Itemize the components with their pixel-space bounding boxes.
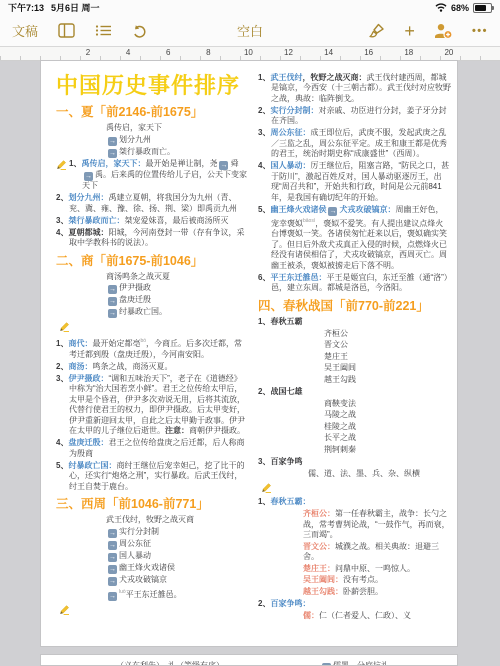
text-run: 幽王烽火戏诸侯	[270, 205, 326, 214]
item-number: 3、	[258, 457, 270, 466]
text-run: 儒墨，分庭抗礼	[333, 661, 389, 665]
text-run: 幽王烽火戏诸侯	[119, 563, 175, 572]
flow-line: →周公东征	[106, 539, 249, 550]
arrow-icon: →	[108, 297, 117, 306]
text-run: 越王勾践：	[303, 587, 343, 596]
text-run: 问鼎中原、一鸣惊人。	[335, 564, 415, 573]
sub-item: 齐桓公：第一任春秋霸主，战争：长勺之战，常考曹刿论战，“一鼓作气，再而衰，三而竭…	[303, 509, 451, 541]
text-run: 长平之战	[324, 433, 356, 442]
text-run: 一、夏「前2146-前1675」	[56, 105, 203, 119]
pencil-icon	[58, 321, 70, 332]
pencil-icon	[260, 482, 272, 493]
flow-line: 越王勾践	[324, 375, 451, 386]
text-run: 吴王阖闾：	[303, 575, 343, 584]
text-run: 晋文公	[324, 340, 348, 349]
status-bar: 下午7:13 5月6日 周一 68%	[0, 0, 500, 15]
note-item: 1、武王伐纣，牧野之战灭商：武王伐纣建西周，都城是镐京，今西安（十三朝古都）。武…	[258, 73, 451, 105]
sub-item: 越王勾践：卧薪尝胆。	[303, 587, 451, 598]
pinyin-annotation: bāosì	[303, 218, 315, 224]
note-item: 2、实行分封制：对亲戚、功臣进行分封，姜子牙分封在齐国。	[258, 106, 451, 127]
text-run: 桀行暴政而亡。	[119, 147, 175, 156]
item-number: 3、	[56, 374, 68, 383]
flow-line: →桀行暴政而亡。	[106, 147, 249, 158]
ruler-mark: 16	[364, 48, 373, 57]
text-run: 纣暴政亡国：	[68, 461, 116, 470]
sub-item: （义在利先）、礼（等级有序）	[116, 661, 249, 665]
note-item: 2、战国七雄	[258, 387, 451, 398]
text-run: 盘庚迁殷：	[68, 438, 108, 447]
section-header: 四、春秋战国「前770-前221」	[258, 299, 451, 314]
text-run: （义在利先）、礼（等级有序）	[116, 661, 224, 665]
text-run: 三、西周「前1046-前771」	[56, 497, 209, 511]
item-number: 3、	[56, 216, 68, 225]
text-run: 楚庄王	[324, 352, 348, 361]
flow-line: →盘庚迁殷	[106, 295, 249, 306]
ruler[interactable]: 2468101214161820	[0, 47, 500, 61]
note-item: 3、桀行暴政而亡：桀宠爱妹喜，最后被商汤所灭	[56, 216, 249, 227]
text-run: 盘庚迁殷	[119, 295, 151, 304]
item-number: 3、	[258, 128, 270, 137]
pencil-marker	[260, 482, 451, 494]
text-run: 平王东迁雒邑：	[270, 273, 326, 282]
text-run: 最开始是禅让制，尧	[145, 159, 217, 168]
item-number: 2、	[258, 599, 270, 608]
note-item: 3、伊尹摄政：“调和五味治天下”，老子在《道德经》中称为“治大国若烹小鲜”。君王…	[56, 374, 249, 437]
documents-button[interactable]: 文稿	[12, 21, 38, 40]
right-column: 1、武王伐纣，牧野之战灭商：武王伐纣建西周，都城是镐京，今西安（十三朝古都）。武…	[258, 71, 451, 646]
text-run: 仁（仁者爱人、仁政）、义	[319, 611, 411, 620]
text-run: 齐桓公：	[303, 509, 335, 518]
text-run: 马陵之战	[324, 410, 356, 419]
note-item: 2、商汤：鸣条之战，商汤灭夏。	[56, 362, 249, 373]
flow-line: 马陵之战	[324, 410, 451, 421]
text-run: 实行分封制：	[270, 106, 318, 115]
text-run: 商代：	[68, 339, 92, 348]
note-item: 2、百家争鸣：	[258, 599, 451, 610]
arrow-icon: →	[108, 149, 117, 158]
text-run: 战国七雄	[270, 387, 302, 396]
flow-line: 禹传启，家天下	[106, 123, 249, 134]
text-run: 禹。后来禹的位置传给儿子启，公天下变家天下	[82, 170, 247, 190]
text-run: 平王东迁雒邑。	[126, 590, 182, 599]
sub-item: →儒墨，分庭抗礼	[320, 661, 451, 665]
note-item: 5、纣暴政亡国：商纣王继位后宠幸妲己，挖了比干的心，还实行“炮烙之刑”，实行暴政…	[56, 461, 249, 493]
item-number: 1、	[258, 317, 270, 326]
arrow-icon: →	[322, 663, 331, 665]
note-item: 4、国人暴动：厉王继位后，阻塞言路，“防民之口，甚于防川”，激起百姓反对，国人暴…	[258, 161, 451, 203]
flow-line: →国人暴动	[106, 551, 249, 562]
format-brush-icon[interactable]	[368, 23, 385, 39]
note-item: 3、百家争鸣	[258, 457, 451, 468]
document-title: 空白	[237, 21, 263, 40]
item-number: 4、	[56, 438, 68, 447]
arrow-icon: →	[108, 577, 117, 586]
text-run: 楚庄王：	[303, 564, 335, 573]
pencil-marker	[58, 321, 249, 333]
text-run: 儒、道、法、墨、兵、杂、纵横	[308, 469, 420, 478]
flow-line: →伊尹摄政	[106, 283, 249, 294]
arrow-icon: →	[108, 592, 117, 601]
note-item: 1、春秋五霸：	[258, 497, 451, 508]
note-item: 1、春秋五霸	[258, 317, 451, 328]
text-run: 国人暴动	[119, 551, 151, 560]
text-run: 二、商「前1675-前1046」	[56, 254, 203, 268]
clock-text: 下午7:13	[8, 1, 44, 14]
text-run: 鸣条之战，商汤灭夏。	[92, 362, 172, 371]
pencil-icon	[58, 604, 70, 615]
note-item: 5、幽王烽火戏诸侯→犬戎攻破镐京：周幽王好色，宠幸褒姒bāosì，褒姒不爱笑。有…	[258, 205, 451, 272]
document-heading: 中国历史事件排序	[56, 73, 249, 99]
text-run: 禹传启，家天下：	[81, 159, 145, 168]
arrow-icon: →	[108, 529, 117, 538]
arrow-icon: →	[219, 161, 228, 170]
text-run: 卧薪尝胆。	[343, 587, 383, 596]
text-run: 百家争鸣：	[270, 599, 310, 608]
text-run: 注意：	[165, 426, 189, 435]
list-view-icon[interactable]	[95, 24, 112, 37]
text-run: 商朝伊尹摄政。	[189, 426, 245, 435]
pencil-icon	[56, 159, 67, 170]
text-run: 桀宠爱妹喜，最后被商汤所灭	[124, 216, 228, 225]
text-run: 禹传启，家天下	[106, 123, 162, 132]
text-run: 春秋五霸：	[270, 497, 310, 506]
note-item: 1、禹传启，家天下：最开始是禅让制，尧→舜→禹。后来禹的位置传给儿子启，公天下变…	[56, 159, 249, 192]
section-header: 一、夏「前2146-前1675」	[56, 105, 249, 120]
ruler-mark: 18	[404, 48, 413, 57]
section-header: 三、西周「前1046-前771」	[56, 497, 249, 512]
item-number: 2、	[56, 193, 68, 202]
battery-percent: 68%	[451, 3, 469, 13]
pinyin-annotation: luò	[119, 589, 126, 595]
text-run: 四、春秋战国「前770-前221」	[258, 299, 429, 313]
ruler-mark: 8	[206, 48, 210, 57]
text-run: 伊尹摄政	[119, 283, 151, 292]
text-run: 武王伐纣	[270, 73, 302, 82]
note-item: 1、商代：最开始定都亳bó，今商丘。后多次迁都，常考迁都到殷（盘庚迁殷），今河南…	[56, 336, 249, 360]
ruler-mark: 10	[244, 48, 253, 57]
page-1[interactable]: 中国历史事件排序一、夏「前2146-前1675」禹传启，家天下→划分九州→桀行暴…	[40, 60, 458, 647]
flow-line: →犬戎攻破镐京	[106, 575, 249, 586]
text-run: 商汤鸣条之战灭夏	[106, 272, 170, 281]
item-number: 5、	[258, 205, 270, 214]
add-icon[interactable]: +	[404, 24, 415, 38]
text-run: 伊尹摄政：	[68, 374, 108, 383]
text-run: 晋文公：	[303, 542, 335, 551]
flow-line: →实行分封制	[106, 527, 249, 538]
flow-line: →幽王烽火戏诸侯	[106, 563, 249, 574]
flow-line: 荆轲刺秦	[324, 445, 451, 456]
flow-line: 武王伐纣，牧野之战灭商	[106, 515, 249, 526]
text-run: ，牧野之战灭商：	[302, 73, 366, 82]
text-run: 实行分封制	[119, 527, 159, 536]
arrow-icon: →	[108, 137, 117, 146]
flow-line: 商汤鸣条之战灭夏	[106, 272, 249, 283]
item-number: 1、	[258, 497, 270, 506]
text-run: 荆轲刺秦	[324, 445, 356, 454]
text-run: 划分九州	[119, 135, 151, 144]
flow-line: →纣暴政亡国。	[106, 307, 249, 318]
ruler-mark: 4	[126, 48, 130, 57]
text-run: 齐桓公	[324, 329, 348, 338]
sub-item: 楚庄王：问鼎中原、一鸣惊人。	[303, 564, 451, 575]
flow-line: 吴王阖闾	[324, 363, 451, 374]
arrow-icon: →	[108, 309, 117, 318]
flow-line: 桂陵之战	[324, 422, 451, 433]
text-run: 吴王阖闾	[324, 363, 356, 372]
text-run: 周公东征：	[270, 128, 310, 137]
item-number: 4、	[258, 161, 270, 170]
text-run: 犬戎攻破镐京：	[339, 205, 395, 214]
item-number: 1、	[258, 73, 270, 82]
note-item: 2、划分九州：禹建立夏朝，将我国分为九州（青、兖、冀、雍、豫、徐、扬、荆、梁）即…	[56, 193, 249, 214]
text-run: 桀行暴政而亡：	[68, 216, 124, 225]
flow-line: 商鞅变法	[324, 399, 451, 410]
undo-icon[interactable]	[132, 24, 147, 38]
battery-icon	[473, 3, 492, 13]
text-run: 周公东征	[119, 539, 151, 548]
text-run: 春秋五霸	[270, 317, 302, 326]
text-run: 夏朝都城：	[68, 228, 108, 237]
arrow-icon: →	[108, 285, 117, 294]
pencil-marker	[58, 604, 249, 616]
text-run: 儒：	[303, 611, 319, 620]
flow-line: →luò平王东迁雒邑。	[106, 587, 249, 601]
flow-line: 儒、道、法、墨、兵、杂、纵横	[308, 469, 451, 480]
flow-line: 晋文公	[324, 340, 451, 351]
left-column: （义在利先）、礼（等级有序）	[56, 660, 249, 665]
flow-line: 楚庄王	[324, 352, 451, 363]
arrow-icon: →	[108, 541, 117, 550]
ruler-mark: 6	[166, 48, 170, 57]
wifi-icon	[435, 3, 447, 12]
text-run: 桂陵之战	[324, 422, 356, 431]
text-run: 商鞅变法	[324, 399, 356, 408]
text-run: 划分九州：	[68, 193, 108, 202]
item-number: 2、	[258, 387, 270, 396]
note-item: 4、夏朝都城：阳城，今河南登封一带（存有争议，采取中学教科书的说法）。	[56, 228, 249, 249]
flow-line: 长平之战	[324, 433, 451, 444]
item-number: 5、	[56, 461, 68, 470]
right-column: →儒墨，分庭抗礼	[258, 660, 451, 665]
text-run: 纣暴政亡国。	[119, 307, 167, 316]
arrow-icon: →	[84, 172, 93, 181]
more-icon[interactable]: •••	[472, 25, 488, 37]
text-run: 最开始定都亳	[92, 339, 140, 348]
ruler-mark: 2	[86, 48, 90, 57]
ruler-mark: 20	[444, 48, 453, 57]
left-column: 中国历史事件排序一、夏「前2146-前1675」禹传启，家天下→划分九州→桀行暴…	[56, 71, 249, 646]
text-run: 犬戎攻破镐京	[119, 575, 167, 584]
collaborate-icon[interactable]	[434, 23, 453, 39]
text-run: 商汤：	[68, 362, 92, 371]
sub-item: 儒：仁（仁者爱人、仁政）、义	[303, 611, 451, 622]
section-header: 二、商「前1675-前1046」	[56, 254, 249, 269]
item-number: 2、	[56, 362, 68, 371]
item-number: 1、	[56, 339, 68, 348]
text-run: 国人暴动：	[270, 161, 310, 170]
toolbar: 文稿 空白	[0, 15, 500, 47]
item-number: 4、	[56, 228, 68, 237]
sub-item: 晋文公：城濮之战。相关典故：退避三舍。	[303, 542, 451, 563]
date-text: 5月6日 周一	[51, 1, 100, 14]
flow-line: 齐桓公	[324, 329, 451, 340]
text-run: 没有考点。	[343, 575, 383, 584]
text-run: 武王伐纣，牧野之战灭商	[106, 515, 194, 524]
arrow-icon: →	[108, 565, 117, 574]
text-run: 越王勾践	[324, 375, 356, 384]
text-run: 中国历史事件排序	[56, 73, 240, 98]
page-2[interactable]: （义在利先）、礼（等级有序）→儒墨，分庭抗礼	[40, 654, 458, 666]
item-number: 6、	[258, 273, 270, 282]
text-run: 舜	[230, 159, 238, 168]
ruler-mark: 12	[284, 48, 293, 57]
item-number: 2、	[258, 106, 270, 115]
arrow-icon: →	[108, 553, 117, 562]
arrow-icon: →	[328, 207, 337, 216]
note-item: 4、盘庚迁殷：君王之位传给盘庚之后迁都，后人称商为殷商	[56, 438, 249, 459]
item-number: 1、	[69, 159, 81, 168]
sub-item: 吴王阖闾：没有考点。	[303, 575, 451, 586]
flow-line: →划分九州	[106, 135, 249, 146]
note-item: 6、平王东迁雒邑：平王是姬宜臼，东迁至雒（通“洛”）邑，建立东周。都城是洛邑，今…	[258, 273, 451, 294]
note-item: 3、周公东征：成王即位后，武庚不服，发起武庚之乱／三监之乱，周公东征平定。成王和…	[258, 128, 451, 160]
text-run: 百家争鸣	[270, 457, 302, 466]
view-options-icon[interactable]	[58, 23, 75, 38]
ruler-mark: 14	[324, 48, 333, 57]
